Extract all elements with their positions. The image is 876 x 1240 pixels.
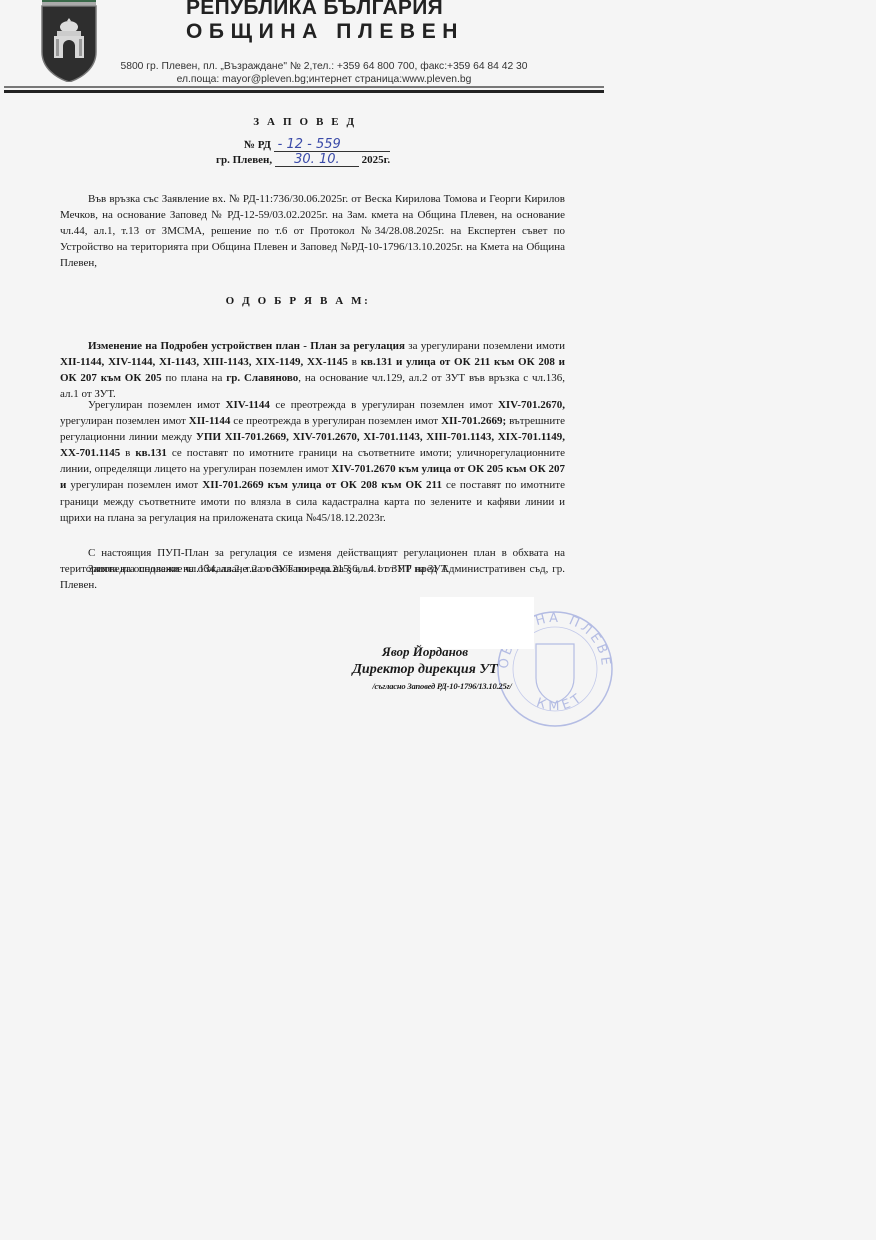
signature-redaction: [420, 597, 534, 649]
emphasized-text: XIV-1144: [226, 399, 270, 411]
emphasized-text: XII-1144: [189, 415, 231, 427]
letterhead-municipality: ОБЩИНА ПЛЕВЕН: [186, 20, 464, 44]
order-year: 2025г.: [362, 154, 391, 166]
coat-of-arms-icon: [38, 0, 100, 82]
svg-text:КМЕТ: КМЕТ: [534, 689, 587, 714]
order-place: гр. Плевен,: [216, 154, 272, 166]
order-date: гр. Плевен, 30. 10. 2025г.: [216, 153, 390, 167]
approve-heading: О Д О Б Р Я В А М:: [0, 295, 596, 307]
signatory-basis: /съгласно Заповед РД-10-1796/13.10.25г/: [312, 681, 572, 691]
body-paragraph: Урегулиран поземлен имот XIV-1144 се пре…: [60, 397, 565, 526]
emphasized-text: XIV-701.2670,: [498, 399, 565, 411]
emphasized-text: XII-701.2669 към улица от ОК 208 към ОК …: [202, 479, 442, 491]
text-run: урегулиран поземлен имот: [66, 479, 202, 491]
emphasized-text: кв.131: [135, 447, 167, 459]
letterhead-email-web: ел.поща: mayor@pleven.bg;интернет страни…: [108, 73, 540, 86]
letterhead-contacts: 5800 гр. Плевен, пл. „Възраждане" № 2,те…: [108, 60, 540, 86]
emphasized-text: гр. Славяново: [226, 372, 298, 384]
intro-paragraph: Във връзка със Заявление вх. № РД-11:736…: [60, 191, 565, 271]
text-run: урегулиран поземлен имот: [60, 415, 189, 427]
order-number-label: № РД: [244, 139, 271, 151]
text-run: в: [120, 447, 135, 459]
order-date-handwritten: 30. 10.: [275, 153, 359, 167]
order-number-handwritten: - 12 - 559: [274, 138, 390, 152]
body-paragraph: Изменение на Подробен устройствен план -…: [60, 338, 565, 402]
order-number: № РД - 12 - 559: [244, 138, 390, 152]
body-paragraph: Заповедта подлежи на обжалване на основа…: [60, 561, 565, 593]
letterhead-address: 5800 гр. Плевен, пл. „Възраждане" № 2,те…: [108, 60, 540, 73]
text-run: в: [348, 356, 361, 368]
order-title: З А П О В Е Д: [0, 116, 610, 128]
emphasized-text: XII-701.2669;: [441, 415, 506, 427]
text-run: се преотрежда в урегулиран поземлен имот: [230, 415, 441, 427]
letterhead-country: РЕПУБЛИКА БЪЛГАРИЯ: [186, 0, 443, 20]
emphasized-text: XII-1144, XIV-1144, XI-1143, XIII-1143, …: [60, 356, 348, 368]
text-run: се преотрежда в урегулиран поземлен имот: [270, 399, 498, 411]
text-run: Урегулиран поземлен имот: [88, 399, 226, 411]
signatory-name: Явор Йорданов: [300, 644, 550, 660]
signatory-role: Директор дирекция УТ: [300, 662, 550, 678]
text-run: по плана на: [162, 372, 227, 384]
header-divider-thin: [4, 86, 604, 88]
emphasized-text: Изменение на Подробен устройствен план -…: [88, 340, 405, 352]
stamp-text-bottom: КМЕТ: [534, 689, 587, 714]
header-divider-thick: [4, 90, 604, 93]
text-run: за урегулирани поземлени имоти: [405, 340, 565, 352]
text-run: Заповедта подлежи на обжалване на основа…: [60, 563, 565, 591]
